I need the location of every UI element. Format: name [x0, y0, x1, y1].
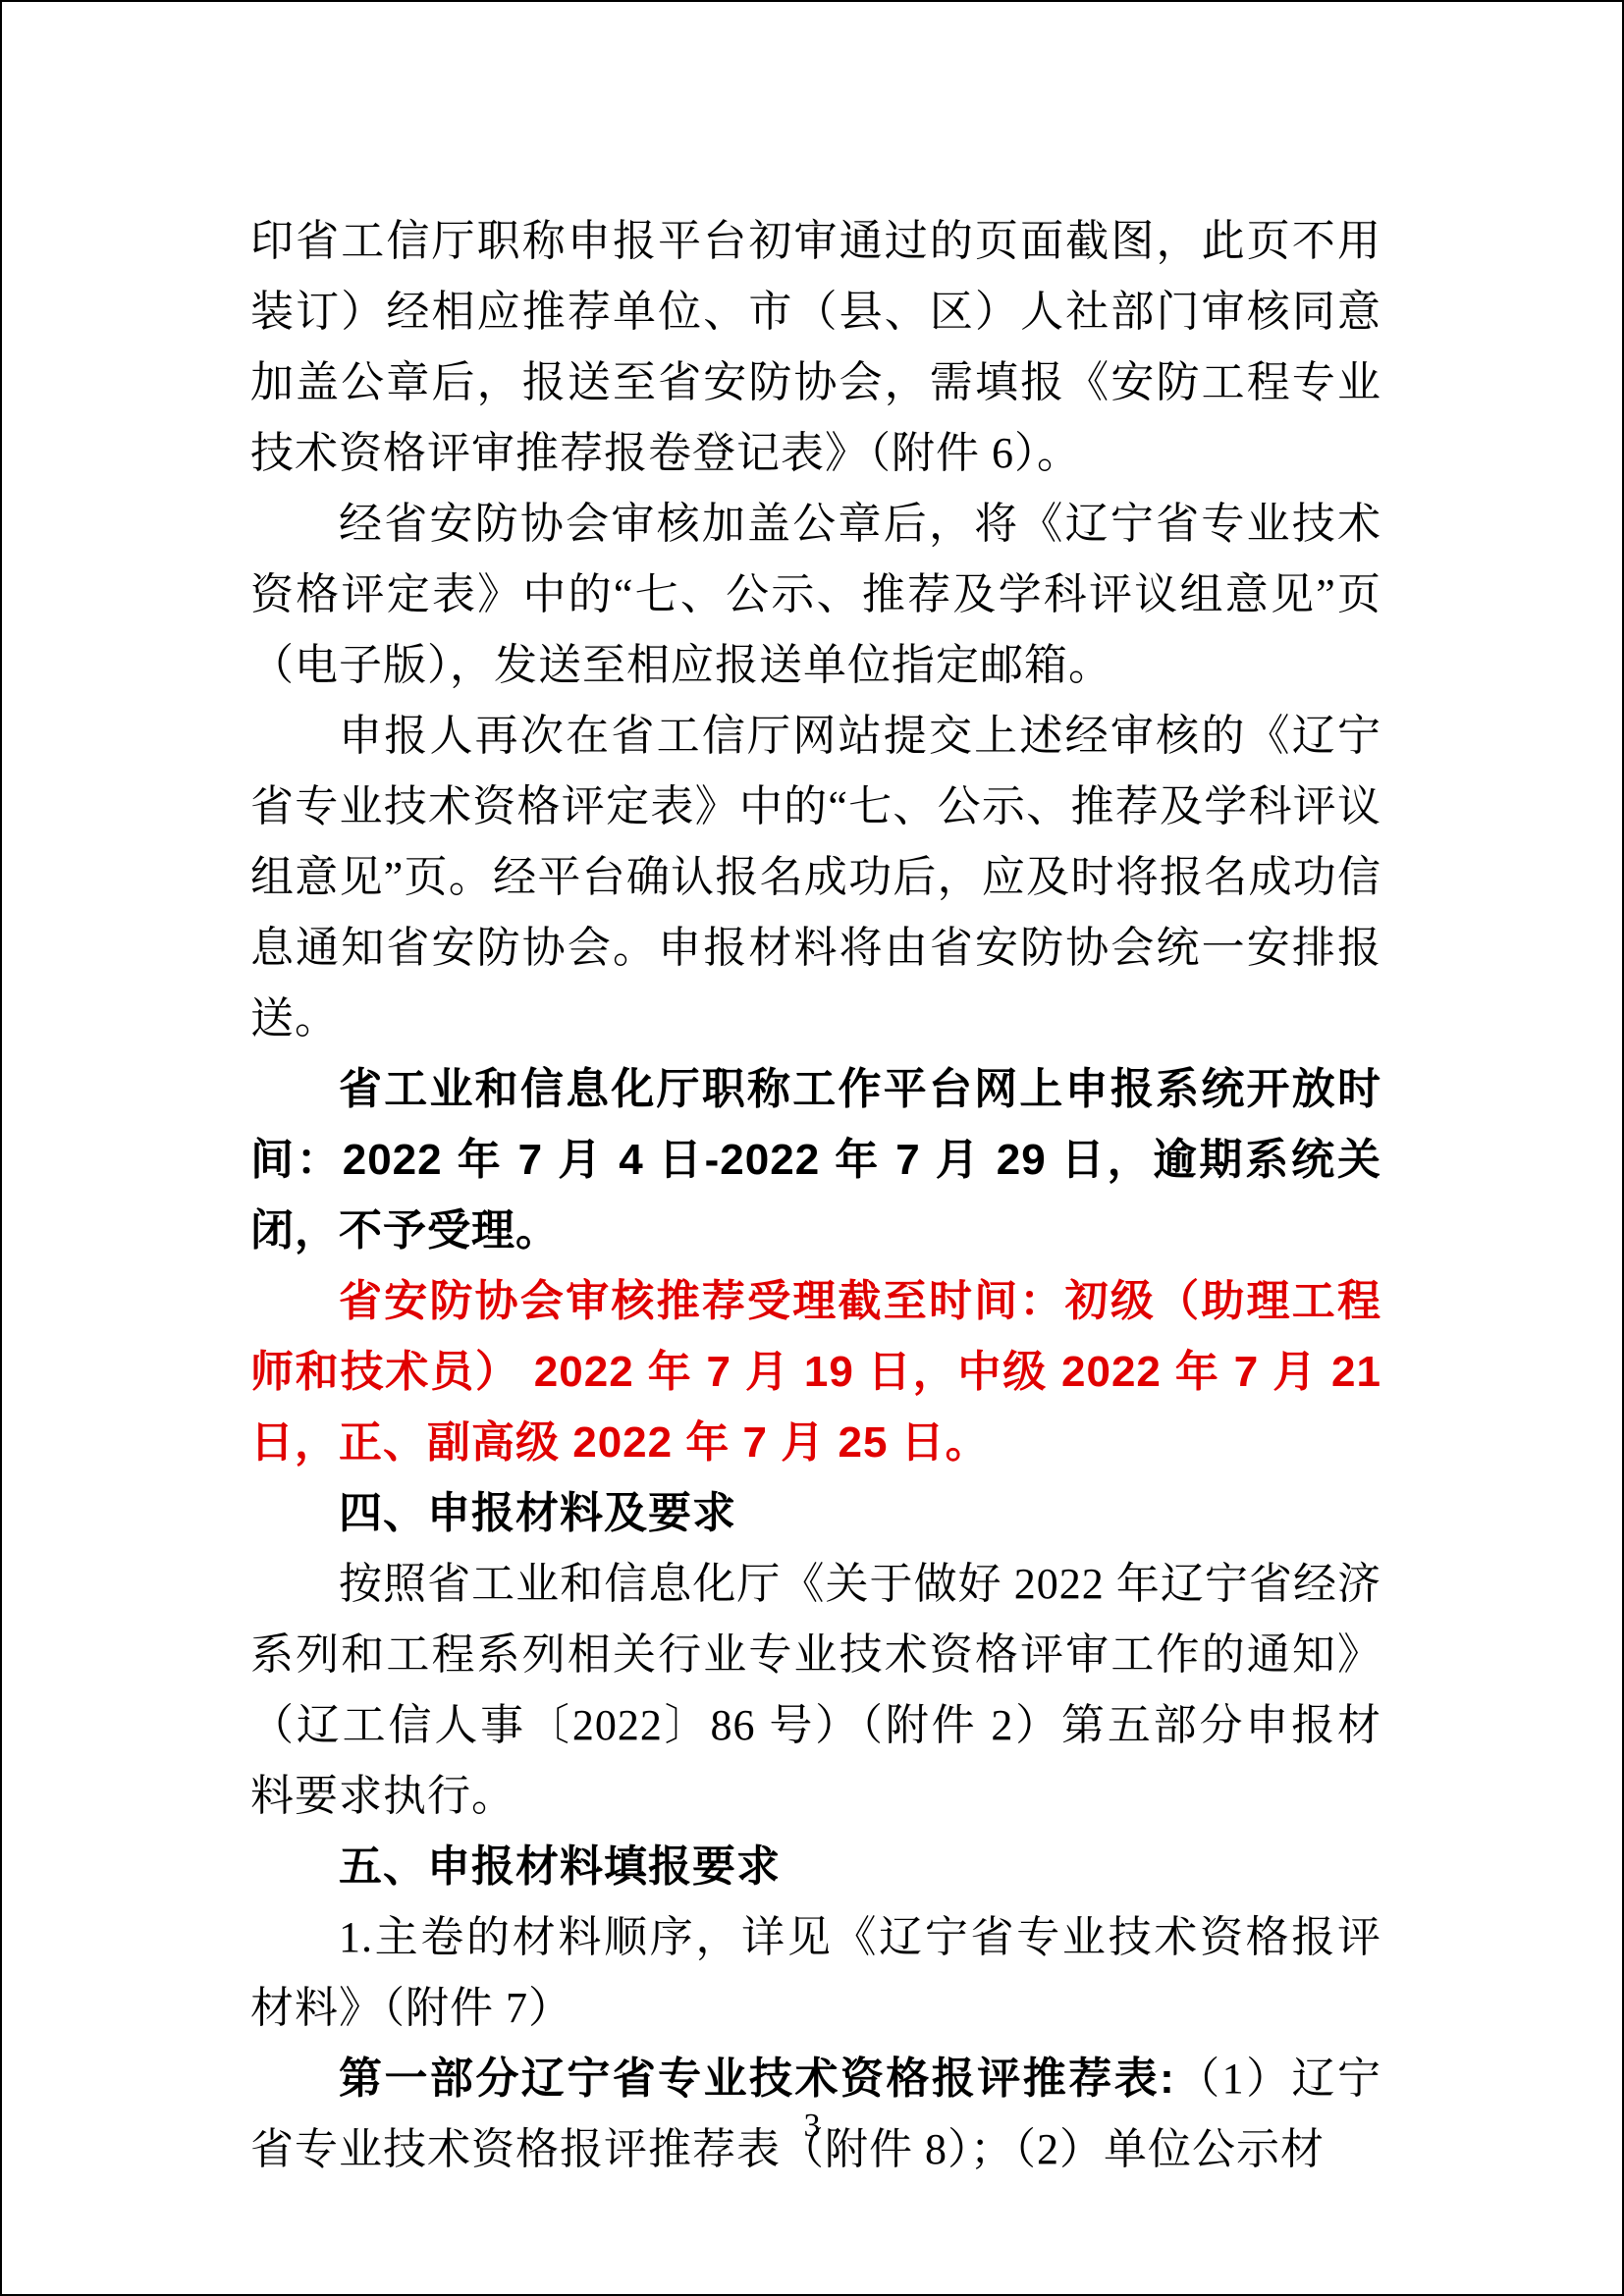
document-page: 印省工信厅职称申报平台初审通过的页面截图，此页不用装订）经相应推荐单位、市（县、…	[0, 0, 1624, 2296]
heading-section-4: 四、申报材料及要求	[250, 1478, 1381, 1549]
paragraph-materials-requirement: 按照省工业和信息化厅《关于做好 2022 年辽宁省经济系列和工程系列相关行业专业…	[250, 1549, 1381, 1832]
heading-section-5: 五、申报材料填报要求	[250, 1832, 1381, 1902]
document-body: 印省工信厅职称申报平台初审通过的页面截图，此页不用装订）经相应推荐单位、市（县、…	[250, 206, 1381, 2185]
paragraph-system-open-time: 省工业和信息化厅职称工作平台网上申报系统开放时间：2022 年 7 月 4 日-…	[250, 1054, 1381, 1266]
page-number: 3	[2, 2103, 1622, 2150]
paragraph-main-volume-order: 1.主卷的材料顺序，详见《辽宁省专业技术资格报评材料》（附件 7）	[250, 1902, 1381, 2044]
paragraph-continuation: 印省工信厅职称申报平台初审通过的页面截图，此页不用装订）经相应推荐单位、市（县、…	[250, 206, 1381, 489]
paragraph-resubmit: 申报人再次在省工信厅网站提交上述经审核的《辽宁省专业技术资格评定表》中的“七、公…	[250, 701, 1381, 1054]
paragraph-association-review: 经省安防协会审核加盖公章后，将《辽宁省专业技术资格评定表》中的“七、公示、推荐及…	[250, 489, 1381, 701]
paragraph-deadline-red: 省安防协会审核推荐受理截至时间：初级（助理工程师和技术员） 2022 年 7 月…	[250, 1266, 1381, 1478]
paragraph-part-one-lead: 第一部分辽宁省专业技术资格报评推荐表:	[339, 2055, 1175, 2103]
